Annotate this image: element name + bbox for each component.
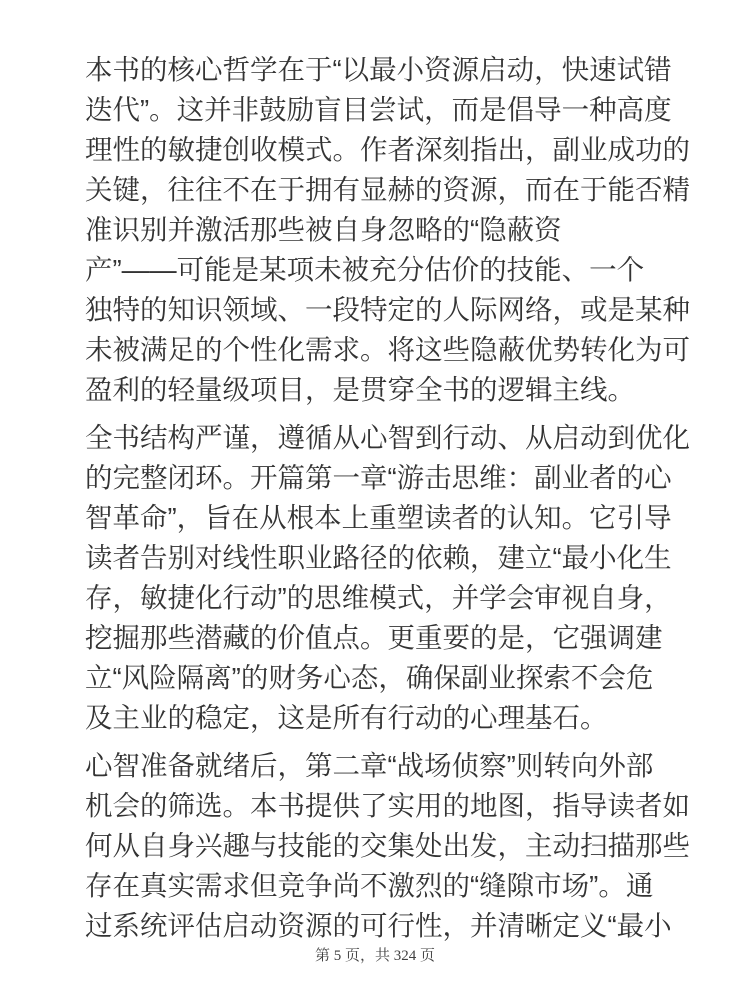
text-line: 全书结构严谨，遵循从心智到行动、从启动到优化 [85, 418, 705, 458]
document-body: 本书的核心哲学在于“以最小资源启动，快速试错迭代”。这并非鼓励盲目尝试，而是倡导… [85, 50, 705, 954]
text-line: 读者告别对线性职业路径的依赖，建立“最小化生 [85, 538, 705, 578]
text-line: 理性的敏捷创收模式。作者深刻指出，副业成功的 [85, 130, 705, 170]
text-line: 挖掘那些潜藏的价值点。更重要的是，它强调建 [85, 618, 705, 658]
text-line: 盈利的轻量级项目，是贯穿全书的逻辑主线。 [85, 370, 705, 410]
text-line: 本书的核心哲学在于“以最小资源启动，快速试错 [85, 50, 705, 90]
text-line: 存在真实需求但竞争尚不激烈的“缝隙市场”。通 [85, 866, 705, 906]
text-line: 未被满足的个性化需求。将这些隐蔽优势转化为可 [85, 330, 705, 370]
text-line: 心智准备就绪后，第二章“战场侦察”则转向外部 [85, 746, 705, 786]
paragraph-2: 全书结构严谨，遵循从心智到行动、从启动到优化的完整闭环。开篇第一章“游击思维：副… [85, 418, 705, 738]
text-line: 何从自身兴趣与技能的交集处出发，主动扫描那些 [85, 826, 705, 866]
page-footer: 第 5 页，共 324 页 [0, 946, 750, 966]
text-line: 关键，往往不在于拥有显赫的资源，而在于能否精 [85, 170, 705, 210]
text-line: 存，敏捷化行动”的思维模式，并学会审视自身， [85, 578, 705, 618]
paragraph-1: 本书的核心哲学在于“以最小资源启动，快速试错迭代”。这并非鼓励盲目尝试，而是倡导… [85, 50, 705, 410]
text-line: 机会的筛选。本书提供了实用的地图，指导读者如 [85, 786, 705, 826]
text-line: 独特的知识领域、一段特定的人际网络，或是某种 [85, 290, 705, 330]
text-line: 立“风险隔离”的财务心态，确保副业探索不会危 [85, 658, 705, 698]
text-line: 的完整闭环。开篇第一章“游击思维：副业者的心 [85, 458, 705, 498]
text-line: 及主业的稳定，这是所有行动的心理基石。 [85, 698, 705, 738]
page-number-label: 第 5 页，共 324 页 [315, 948, 435, 964]
document-page: 本书的核心哲学在于“以最小资源启动，快速试错迭代”。这并非鼓励盲目尝试，而是倡导… [0, 0, 750, 1000]
text-line: 产”——可能是某项未被充分估价的技能、一个 [85, 250, 705, 290]
text-line: 智革命”，旨在从根本上重塑读者的认知。它引导 [85, 498, 705, 538]
text-line: 迭代”。这并非鼓励盲目尝试，而是倡导一种高度 [85, 90, 705, 130]
paragraph-3: 心智准备就绪后，第二章“战场侦察”则转向外部机会的筛选。本书提供了实用的地图，指… [85, 746, 705, 946]
text-line: 准识别并激活那些被自身忽略的“隐蔽资 [85, 210, 705, 250]
text-line: 过系统评估启动资源的可行性，并清晰定义“最小 [85, 906, 705, 946]
